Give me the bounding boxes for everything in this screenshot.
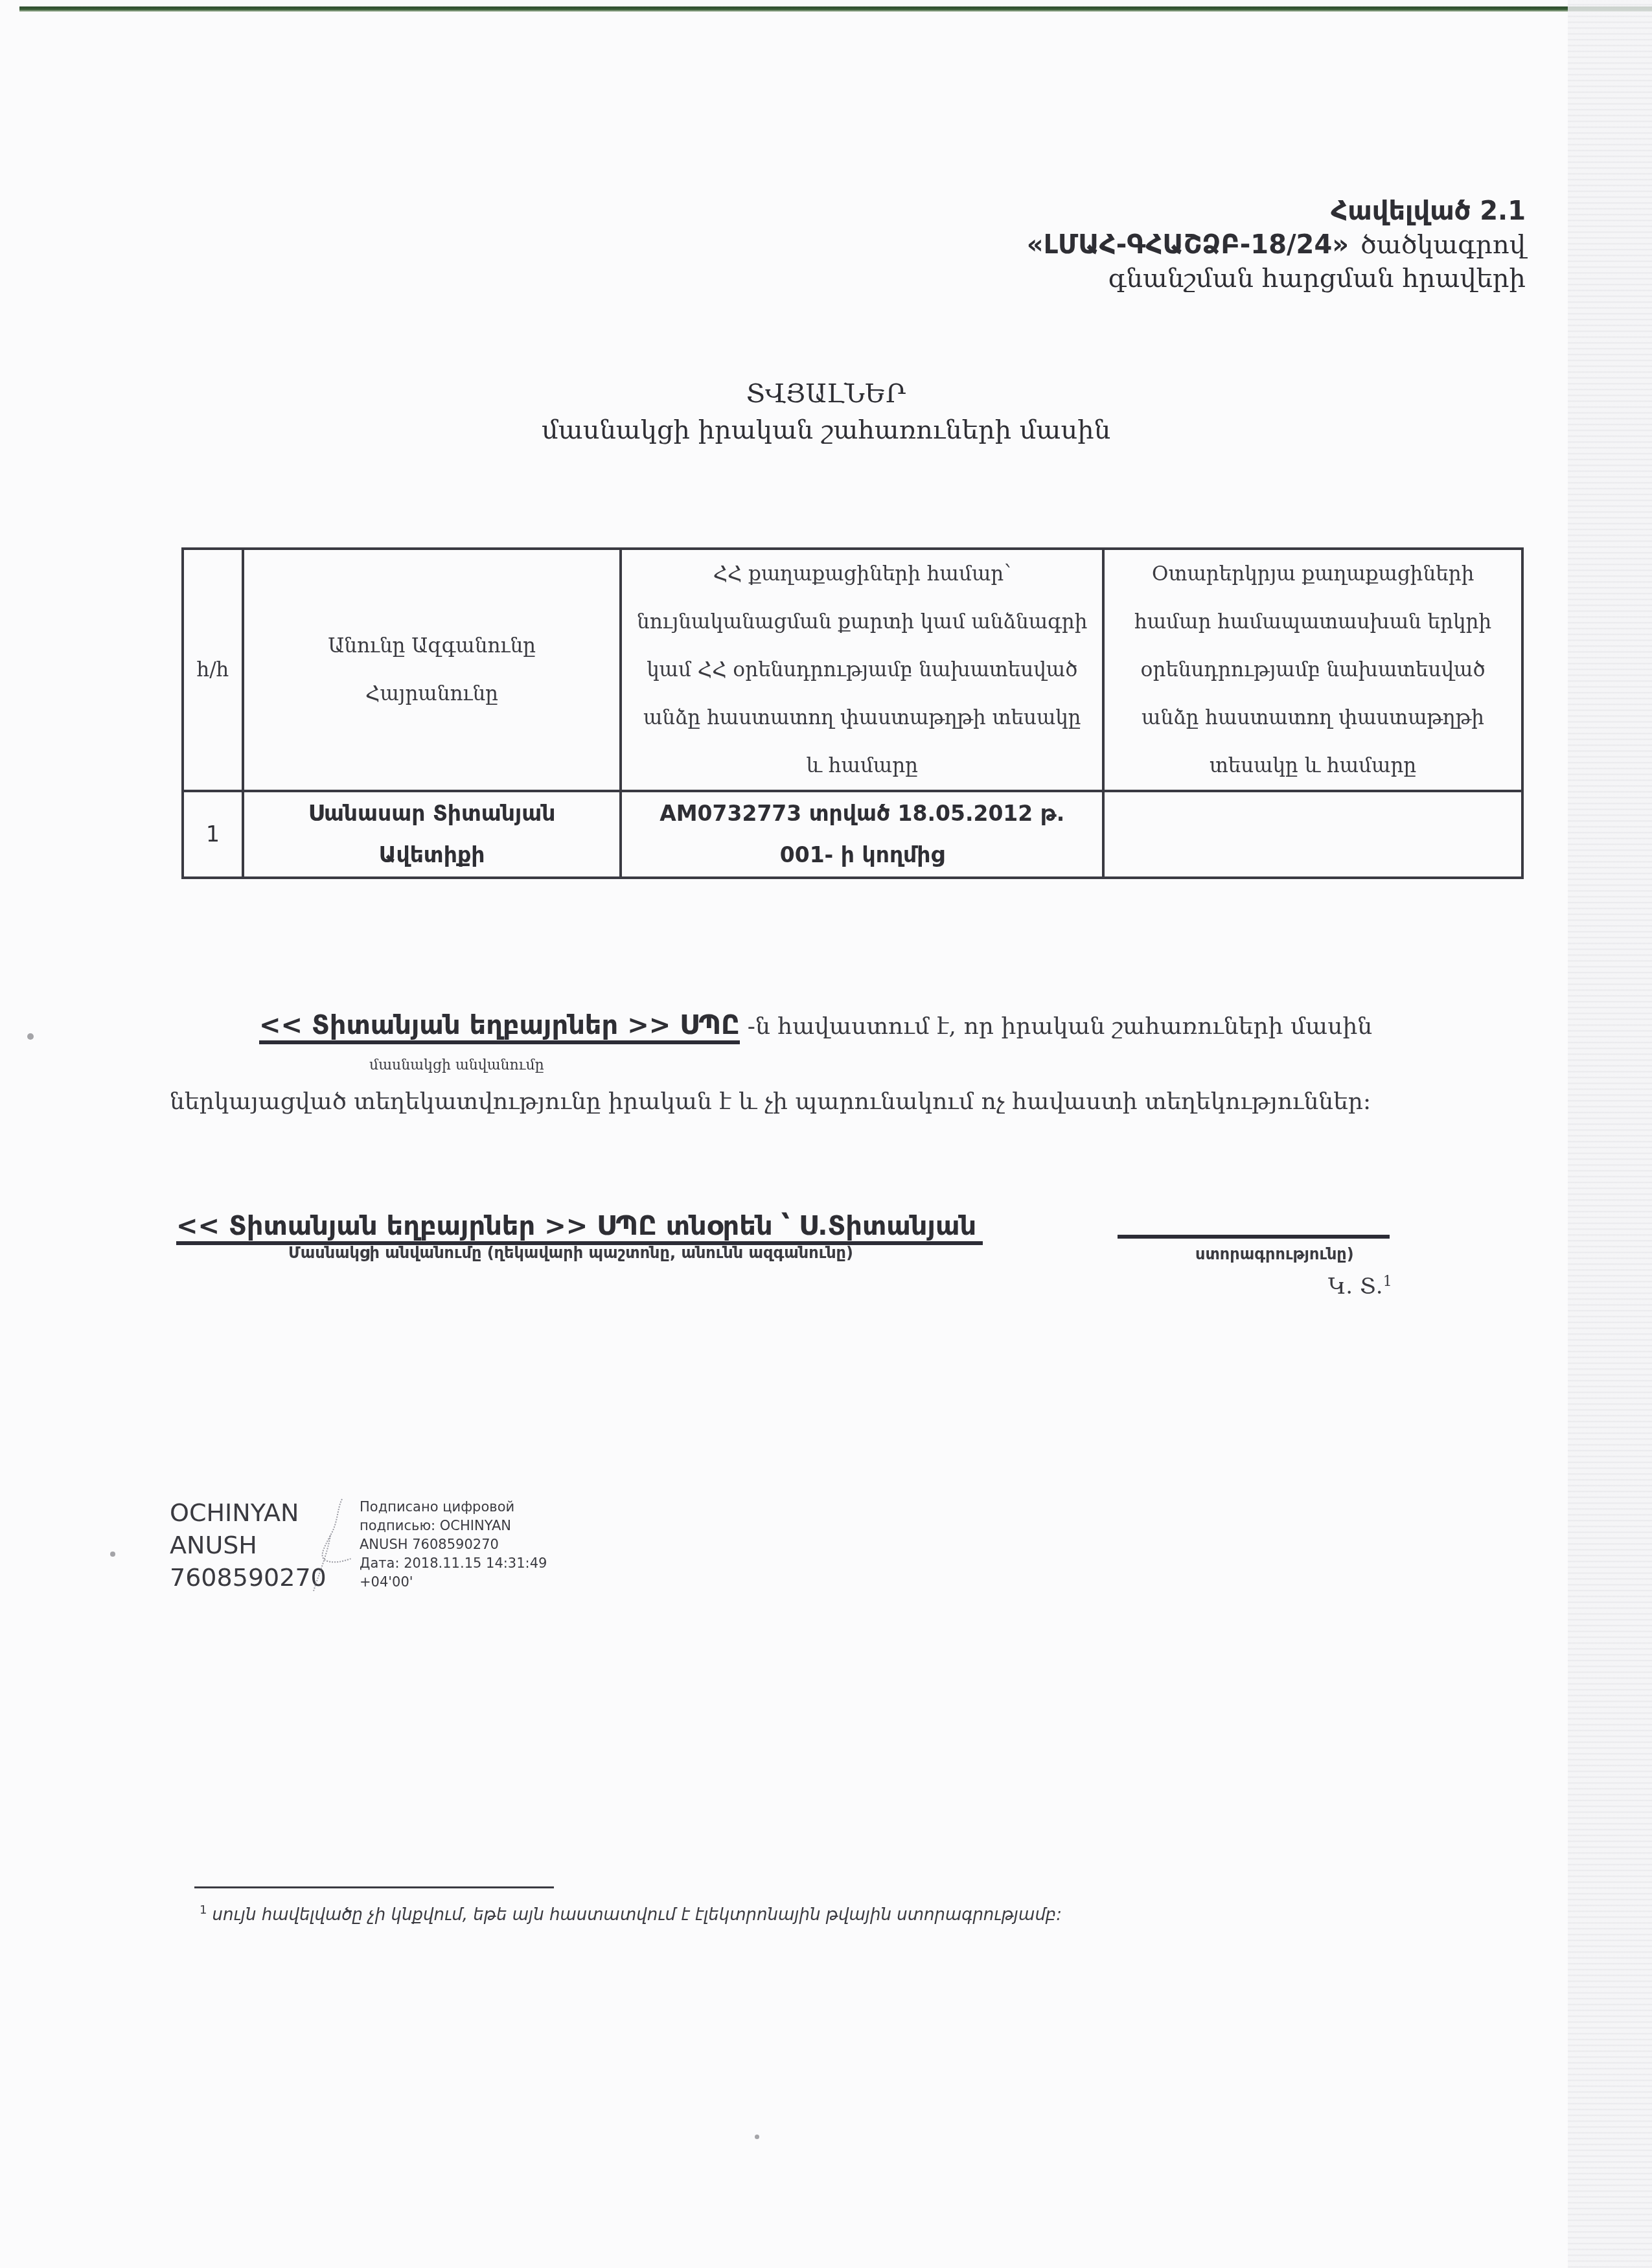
cell-document: AM0732773 տրված 18.05.2012 թ. 001- ի կող… bbox=[621, 791, 1103, 878]
declaration-statement: -ն հավաստում է, որ իրական շահառուների մա… bbox=[748, 1013, 1372, 1040]
annex-code-tail: ծածկագրով bbox=[1360, 230, 1526, 260]
header-am-citizen-document: ՀՀ քաղաքացիների համար՝ նույնականացման քա… bbox=[621, 549, 1103, 791]
declaration-line-2: ներկայացված տեղեկատվությունը իրական է և … bbox=[170, 1088, 1371, 1115]
footnote: 1սույն հավելվածը չի կնքվում, եթե այն հաս… bbox=[200, 1903, 1062, 1925]
digital-signature-details: Подписано цифровой подписью: OCHINYAN AN… bbox=[360, 1498, 547, 1592]
scan-speck bbox=[27, 1033, 34, 1040]
digisig-detail-line: ANUSH 7608590270 bbox=[360, 1535, 547, 1554]
seal-footnote-marker: 1 bbox=[1383, 1274, 1392, 1290]
title-subheading: մասնակցի իրական շահառուների մասին bbox=[0, 412, 1652, 448]
scan-speck bbox=[755, 2135, 759, 2139]
annex-code-line: «ԼՄԱՀ-ԳՀԱՇՁԲ-18/24»ծածկագրով bbox=[1027, 228, 1526, 262]
declaration-company: << Տիտանյան եղբայրներ >> ՍՊԸ bbox=[259, 1011, 740, 1044]
digisig-detail-line: Подписано цифровой bbox=[360, 1498, 547, 1517]
digisig-name-line: ANUSH bbox=[170, 1529, 327, 1561]
footnote-marker: 1 bbox=[200, 1903, 207, 1917]
cell-foreign-document bbox=[1103, 791, 1522, 878]
cell-number: 1 bbox=[183, 791, 243, 878]
digisig-detail-line: Дата: 2018.11.15 14:31:49 bbox=[360, 1554, 547, 1573]
header-number: հ/հ bbox=[183, 549, 243, 791]
digisig-name-line: OCHINYAN bbox=[170, 1496, 327, 1529]
signature-scribble-icon bbox=[311, 1496, 356, 1594]
table-row: 1 Սանասար Տիտանյան Ավետիքի AM0732773 տրվ… bbox=[183, 791, 1522, 878]
declaration-line-1: << Տիտանյան եղբայրներ >> ՍՊԸ-ն հավաստում… bbox=[259, 1011, 1372, 1040]
footnote-text: սույն հավելվածը չի կնքվում, եթե այն հաստ… bbox=[212, 1905, 1062, 1925]
seal-label: Կ. Տ. bbox=[1328, 1274, 1383, 1300]
signatory-caption: Մասնակցի անվանումը (ղեկավարի պաշտոնը, ան… bbox=[288, 1244, 853, 1262]
cell-full-name: Սանասար Տիտանյան Ավետիքի bbox=[243, 791, 621, 878]
annex-number: Հավելված 2.1 bbox=[1027, 194, 1526, 228]
digital-signature-name: OCHINYAN ANUSH 7608590270 bbox=[170, 1496, 327, 1594]
signature-caption: ստորագրությունը) bbox=[1195, 1245, 1354, 1263]
annex-code: «ԼՄԱՀ-ԳՀԱՇՁԲ-18/24» bbox=[1027, 230, 1349, 260]
scan-noise-right bbox=[1568, 0, 1652, 2268]
scan-speck bbox=[110, 1552, 115, 1557]
header-full-name: Անունը Ազգանունը Հայրանունը bbox=[243, 549, 621, 791]
seal-placeholder: Կ. Տ.1 bbox=[1328, 1274, 1392, 1300]
table-header-row: հ/հ Անունը Ազգանունը Հայրանունը ՀՀ քաղաք… bbox=[183, 549, 1522, 791]
annex-reference: Հավելված 2.1 «ԼՄԱՀ-ԳՀԱՇՁԲ-18/24»ծածկագրո… bbox=[1027, 194, 1526, 295]
digisig-detail-line: +04'00' bbox=[360, 1573, 547, 1592]
document-title: ՏՎՅԱԼՆԵՐ մասնակցի իրական շահառուների մաս… bbox=[0, 376, 1652, 448]
header-foreign-citizen-document: Օտարերկրյա քաղաքացիների համար համապատասխ… bbox=[1103, 549, 1522, 791]
annex-invitation: գնանշման հարցման հրավերի bbox=[1027, 262, 1526, 295]
signature-rule bbox=[1118, 1235, 1390, 1239]
beneficial-owners-table: հ/հ Անունը Ազգանունը Հայրանունը ՀՀ քաղաք… bbox=[181, 547, 1524, 879]
declaration-company-caption: մասնակցի անվանումը bbox=[369, 1057, 544, 1073]
scan-edge-top bbox=[19, 6, 1652, 12]
digisig-name-line: 7608590270 bbox=[170, 1561, 327, 1594]
title-heading: ՏՎՅԱԼՆԵՐ bbox=[0, 376, 1652, 412]
signatory-line: << Տիտանյան եղբայրներ >> ՍՊԸ տնօրեն ՝ Ս.… bbox=[176, 1211, 983, 1245]
digisig-detail-line: подписью: OCHINYAN bbox=[360, 1517, 547, 1535]
footnote-rule bbox=[194, 1886, 554, 1888]
